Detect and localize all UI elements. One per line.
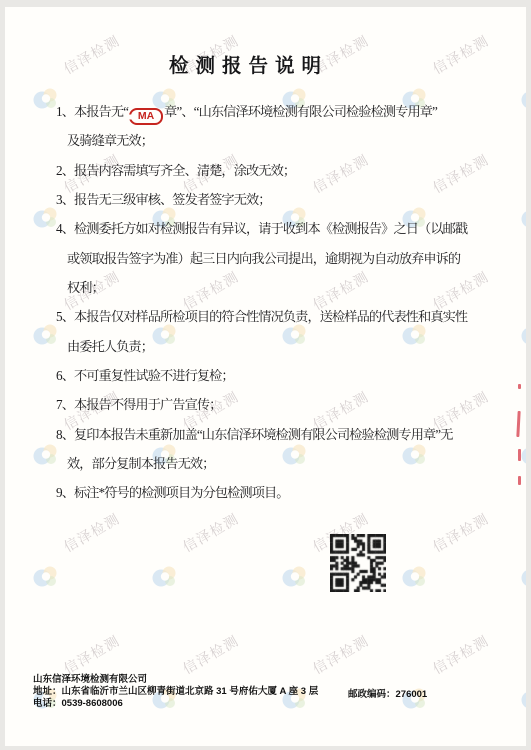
postal-code: 邮政编码：276001 <box>348 686 427 700</box>
seal-edge-mark <box>518 384 521 389</box>
seal-edge-mark <box>518 476 521 485</box>
company-phone: 电话：0539-8608006 <box>33 695 123 709</box>
seal-edge-mark <box>518 449 521 461</box>
report-footer: 山东信泽环境检测有限公司 地址：山东省临沂市兰山区柳青街道北京路 31 号府佑大… <box>5 7 526 746</box>
document-page: 信泽检测信泽检测信泽检测信泽检测信泽检测信泽检测信泽检测信泽检测信泽检测信泽检测… <box>5 7 526 746</box>
